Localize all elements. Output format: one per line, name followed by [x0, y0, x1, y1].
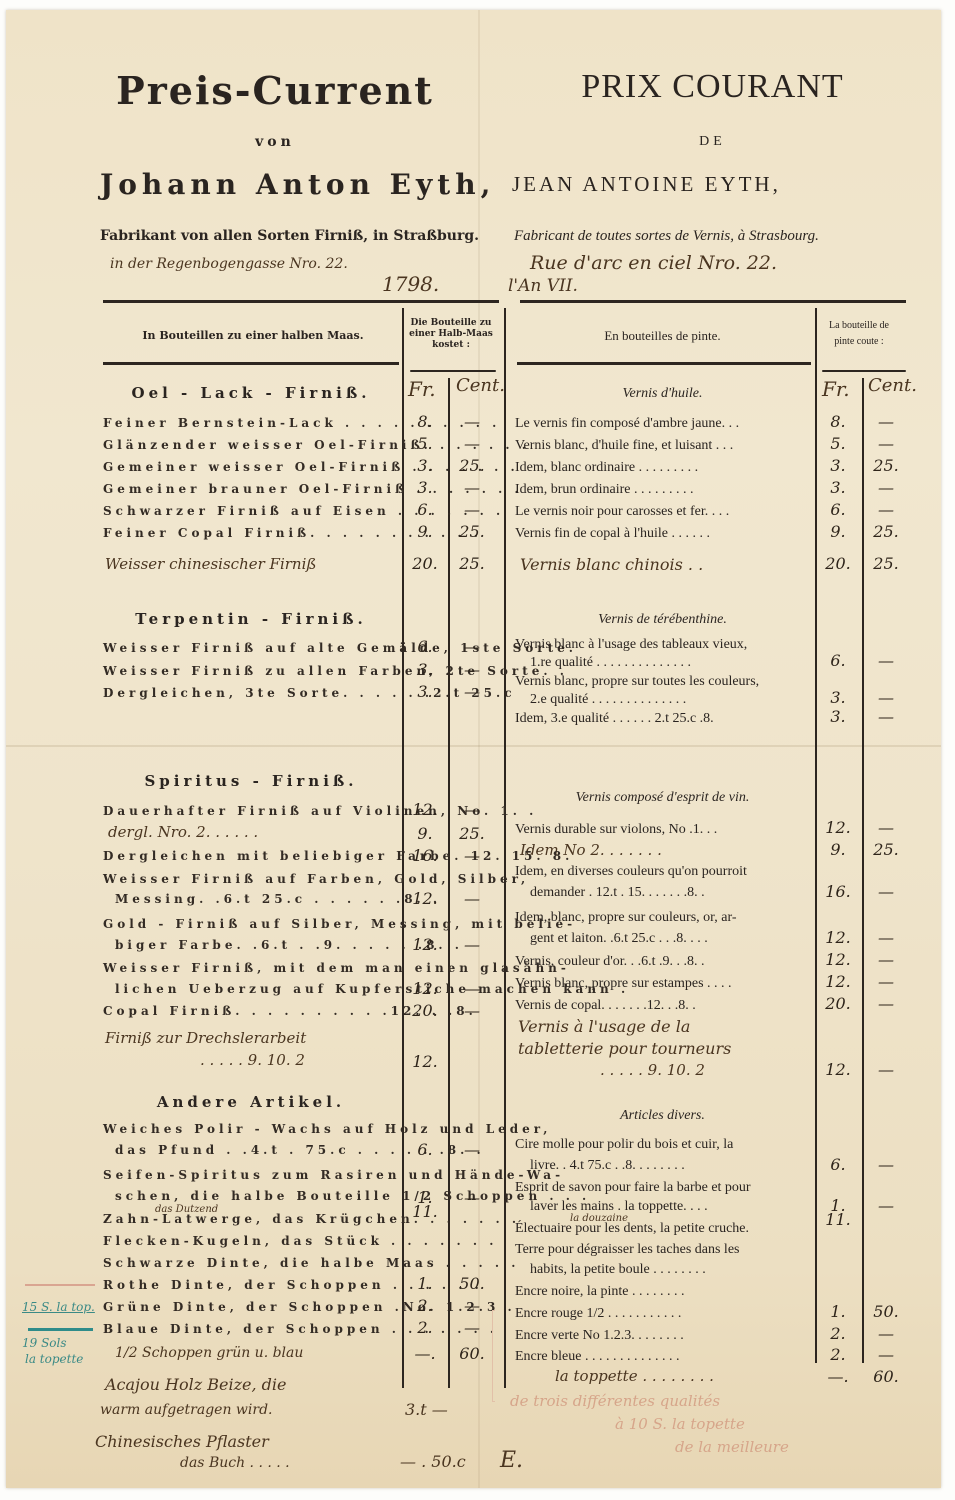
- price-cent: —: [866, 1060, 906, 1079]
- section-title-andere-artikel: Andere Artikel.: [103, 1093, 399, 1111]
- item-fr: Le vernis noir pour carosses et fer. . .…: [515, 503, 729, 520]
- handwritten-address-french: Rue d'arc en ciel Nro. 22.: [530, 252, 777, 274]
- price-fr: 9.: [818, 522, 858, 541]
- price-cent: 25.: [452, 824, 492, 843]
- item-fr-cont: tabletterie pour tourneurs: [518, 1040, 731, 1057]
- price-header-french: La bouteille de pinte coute :: [818, 318, 900, 350]
- price-cent: —: [452, 1140, 492, 1159]
- item-fr: Vernis blanc, propre sur estampes . . . …: [515, 975, 732, 992]
- green-margin-stroke: [28, 1328, 93, 1331]
- price-fr: 6.: [818, 500, 858, 519]
- price-cent: —: [452, 889, 492, 908]
- item-de: Weisser Firniß auf Farben, Gold, Silber,: [103, 871, 529, 888]
- price-cent: —: [452, 637, 492, 656]
- fold-line: [6, 745, 941, 747]
- item-fr: Encre noire, la pinte . . . . . . . .: [515, 1283, 685, 1300]
- price-fr: 12.: [405, 979, 445, 998]
- price-cent: —: [452, 500, 492, 519]
- footer-note-price: — . 50.c: [400, 1452, 466, 1471]
- item-de: Dergleichen mit beliebiger Farbe. 12. 15…: [103, 848, 573, 865]
- price-fr: 12.: [818, 1060, 858, 1079]
- price-fr: 2.: [818, 1345, 858, 1364]
- item-fr: Vernis blanc chinois . .: [520, 556, 703, 573]
- price-cent: 25.: [452, 522, 492, 541]
- price-cent: 25.: [866, 522, 906, 541]
- price-fr: 12.: [405, 889, 445, 908]
- price-fr: 20.: [818, 994, 858, 1013]
- title-french: PRIX COURANT: [540, 68, 885, 106]
- section-title-vernis-terebenthine: Vernis de térébenthine.: [515, 612, 810, 628]
- price-fr: 3.: [405, 682, 445, 701]
- price-fr: 2.: [818, 1324, 858, 1343]
- de-label: DE: [540, 134, 885, 150]
- price-cent: 50.: [866, 1302, 906, 1321]
- merchant-name-german: Johann Anton Eyth,: [100, 168, 500, 201]
- price-fr: 5.: [405, 434, 445, 453]
- price-cent: —: [452, 935, 492, 954]
- price-fr: 20.: [818, 554, 858, 573]
- price-fr: 1.: [405, 1274, 445, 1293]
- red-margin-stroke: [25, 1284, 95, 1286]
- price-cent: —: [452, 478, 492, 497]
- footer-note-line4: das Buch . . . . .: [180, 1455, 290, 1471]
- item-de: dergl. Nro. 2. . . . . .: [108, 824, 258, 841]
- price-cent: —: [866, 651, 906, 670]
- price-cent: —: [866, 882, 906, 901]
- price-fr: 12.: [818, 928, 858, 947]
- price-cent: —: [866, 500, 906, 519]
- item-fr: Vernis durable sur violons, No .1. . .: [515, 821, 717, 838]
- section-title-oel: Oel - Lack - Firniß.: [103, 384, 399, 402]
- item-fr: Terre pour dégraisser les taches dans le…: [515, 1241, 740, 1258]
- initials-signature: E.: [500, 1448, 523, 1473]
- price-cent: 50.: [452, 1274, 492, 1293]
- item-fr-cont: demander . 12.t . 15. . . . . . .8. .: [530, 884, 705, 901]
- item-fr: Vernis à l'usage de la: [518, 1018, 690, 1035]
- price-fr: 3.: [818, 456, 858, 475]
- price-fr: 6.: [405, 500, 445, 519]
- price-header-german: Die Bouteille zu einer Halb-Maas kostet …: [405, 318, 497, 351]
- item-fr: Vernis fin de copal à l'huile . . . . . …: [515, 525, 710, 542]
- price-cent: —: [452, 1001, 492, 1020]
- price-cent: —: [866, 950, 906, 969]
- title-german: Preis-Current: [100, 68, 450, 113]
- red-note: de trois différentes qualités: [510, 1392, 720, 1410]
- unit-header-german: In Bouteillen zu einer halben Maas.: [103, 330, 403, 341]
- item-fr: Électuaire pour les dents, la petite cru…: [515, 1220, 749, 1237]
- price-cent: —: [452, 1318, 492, 1337]
- price-fr: 6.: [405, 637, 445, 656]
- price-fr: 16.: [818, 882, 858, 901]
- price-fr: 5.: [818, 434, 858, 453]
- price-fr: —.: [405, 1344, 445, 1363]
- item-de: Flecken-Kugeln, das Stück . . . . . . .: [103, 1233, 497, 1250]
- section-title-spiritus: Spiritus - Firniß.: [103, 772, 399, 790]
- green-margin-note: 19 Sols: [22, 1336, 67, 1350]
- item-fr-cont: . . . . . 9. 10. 2: [600, 1062, 705, 1079]
- item-fr-cont: 2.e qualité . . . . . . . . . . . . . .: [530, 691, 686, 708]
- item-fr: Encre rouge 1/2 . . . . . . . . . . .: [515, 1305, 681, 1322]
- price-cent: 60.: [452, 1344, 492, 1363]
- item-de: Weisser Firniß zu allen Farben, 2te Sort…: [103, 663, 568, 680]
- price-fr: 3.: [818, 688, 858, 707]
- price-cent: 25.: [866, 456, 906, 475]
- item-fr: Idem, brun ordinaire . . . . . . . . .: [515, 481, 693, 498]
- price-cent: —: [866, 928, 906, 947]
- price-cent: —: [452, 800, 492, 819]
- price-cent: —: [866, 1196, 906, 1215]
- price-cent: —: [866, 707, 906, 726]
- price-fr: 16.: [405, 846, 445, 865]
- price-fr: 12.: [818, 950, 858, 969]
- price-cent: —: [866, 994, 906, 1013]
- item-fr: la toppette . . . . . . . .: [555, 1368, 714, 1385]
- item-de: Weisser Firniß, mit dem man einen glasäh…: [103, 960, 570, 977]
- price-fr: 12.: [405, 1052, 445, 1071]
- price-cent: —: [866, 1345, 906, 1364]
- footer-note-line1: Acajou Holz Beize, die: [105, 1375, 287, 1394]
- price-cent: —: [452, 1188, 492, 1207]
- brace: [410, 370, 496, 372]
- section-title-vernis-huile: Vernis d'huile.: [515, 386, 810, 402]
- section-title-esprit-de-vin: Vernis composé d'esprit de vin.: [515, 790, 810, 806]
- price-fr: 3.: [405, 478, 445, 497]
- price-cent: —: [866, 478, 906, 497]
- top-rule: [103, 300, 499, 303]
- price-fr: 11.: [818, 1210, 858, 1229]
- price-cent: 25.: [452, 554, 492, 573]
- item-de: Weisser Firniß auf alte Gemälde, 1ste So…: [103, 640, 577, 657]
- item-de-cont: . . . . . 9. 10. 2: [200, 1052, 305, 1069]
- price-fr: 2.: [405, 1318, 445, 1337]
- price-fr: 6.: [818, 651, 858, 670]
- price-fr: 20.: [405, 1001, 445, 1020]
- cent-column-header: Cent.: [456, 375, 505, 396]
- price-cent: —: [866, 434, 906, 453]
- price-fr: 9.: [818, 840, 858, 859]
- item-fr: Idem, blanc ordinaire . . . . . . . . .: [515, 459, 698, 476]
- price-fr: —.: [818, 1367, 858, 1386]
- price-fr: 3.: [818, 478, 858, 497]
- item-fr: Vernis de copal. . . . . . .12. . .8. .: [515, 997, 696, 1014]
- footer-note-line3: Chinesisches Pflaster: [95, 1432, 269, 1451]
- von-label: von: [100, 134, 450, 150]
- item-fr: Le vernis fin composé d'ambre jaune. . .: [515, 415, 739, 432]
- subtitle-german: Fabrikant von allen Sorten Firniß, in St…: [100, 228, 500, 244]
- price-cent: —: [866, 412, 906, 431]
- item-de: Zahn-Latwerge, das Krügchen. . . . . . .: [103, 1211, 520, 1228]
- price-fr: 12.: [405, 935, 445, 954]
- unit-header-french: En bouteilles de pinte.: [515, 330, 810, 341]
- price-cent: —: [866, 1324, 906, 1343]
- price-cent: —: [866, 818, 906, 837]
- green-margin-note: 15 S. la top.: [22, 1300, 95, 1314]
- price-fr: 12.: [818, 818, 858, 837]
- item-fr: Vernis blanc, d'huile fine, et luisant .…: [515, 437, 733, 454]
- column-divider: [815, 308, 817, 1363]
- item-de: 1/2 Schoppen grün u. blau: [115, 1345, 303, 1362]
- price-cent: 25.: [866, 554, 906, 573]
- item-fr: Vernis blanc, propre sur toutes les coul…: [515, 673, 759, 690]
- handwritten-year: 1798.: [382, 272, 439, 296]
- price-fr: 20.: [405, 554, 445, 573]
- price-fr: 3.: [405, 660, 445, 679]
- handwritten-address-german: in der Regenbogengasse Nro. 22.: [110, 256, 348, 272]
- item-de: Weisser chinesischer Firniß: [105, 556, 316, 573]
- section-title-terpentin: Terpentin - Firniß.: [103, 610, 399, 628]
- price-fr: 3.: [405, 456, 445, 475]
- red-note: de la meilleure: [675, 1438, 789, 1456]
- price-cent: 25.: [866, 840, 906, 859]
- section-title-articles-divers: Articles divers.: [515, 1108, 810, 1124]
- fr-column-header: Fr.: [408, 377, 436, 401]
- merchant-name-french: JEAN ANTOINE EYTH,: [512, 172, 912, 197]
- price-fr: 2.: [405, 1296, 445, 1315]
- price-cent: —: [452, 660, 492, 679]
- item-fr: Cire molle pour polir du bois et cuir, l…: [515, 1136, 733, 1153]
- column-divider: [862, 378, 864, 1363]
- price-cent: —: [452, 434, 492, 453]
- item-fr-cont: habits, la petite boule . . . . . . . .: [530, 1261, 706, 1278]
- item-de: Seifen-Spiritus zum Rasiren und Hände-Wa…: [103, 1167, 564, 1184]
- item-de-cont: Messing. .6.t 25.c . . . . . .8. .: [115, 891, 441, 908]
- price-fr: 6.: [818, 1155, 858, 1174]
- item-fr: Idem, 3.e qualité . . . . . . 2.t 25.c .…: [515, 710, 714, 727]
- price-cent: 60.: [866, 1367, 906, 1386]
- header-rule: [103, 362, 399, 365]
- top-rule: [520, 300, 906, 303]
- price-fr: 9.: [405, 824, 445, 843]
- item-fr: Encre bleue . . . . . . . . . . . . . .: [515, 1348, 679, 1365]
- brace: [822, 370, 906, 372]
- price-fr: 9.: [405, 522, 445, 541]
- handwritten-year-republican: l'An VII.: [508, 276, 578, 296]
- price-fr: 6.: [405, 1140, 445, 1159]
- item-de: Schwarze Dinte, die halbe Maas . . . . .: [103, 1255, 519, 1272]
- red-bracket: [492, 1310, 495, 1402]
- item-fr: Esprit de savon pour faire la barbe et p…: [515, 1179, 751, 1196]
- price-fr: 12.: [818, 972, 858, 991]
- price-cent: 25.: [452, 456, 492, 475]
- fr-column-header: Fr.: [822, 377, 850, 401]
- item-fr: Idem, en diverses couleurs qu'on pourroi…: [515, 863, 747, 880]
- price-fr: 8.: [405, 412, 445, 431]
- price-cent: —: [452, 412, 492, 431]
- price-fr: 3.: [818, 707, 858, 726]
- price-cent: —: [866, 688, 906, 707]
- item-de: Firniß zur Drechslerarbeit: [105, 1030, 306, 1047]
- footer-note-price: 3.t —: [405, 1400, 448, 1419]
- price-cent: —: [866, 972, 906, 991]
- subtitle-french: Fabricant de toutes sortes de Vernis, à …: [514, 228, 914, 245]
- price-cent: —: [452, 846, 492, 865]
- header-rule: [517, 362, 811, 365]
- cent-column-header: Cent.: [868, 375, 917, 396]
- price-fr: 1.: [818, 1302, 858, 1321]
- item-de: Gold - Firniß auf Silber, Messing, mit b…: [103, 916, 576, 933]
- green-margin-note: la topette: [25, 1352, 83, 1366]
- price-fr: 12.: [405, 800, 445, 819]
- price-cent: —: [452, 682, 492, 701]
- price-cent: —: [452, 979, 492, 998]
- price-cent: —: [452, 1296, 492, 1315]
- red-note: à 10 S. la topette: [615, 1415, 745, 1433]
- price-cent: —: [866, 1155, 906, 1174]
- item-fr: Encre verte No 1.2.3. . . . . . . .: [515, 1327, 684, 1344]
- price-fr: 8.: [818, 412, 858, 431]
- item-fr: Vernis blanc à l'usage des tableaux vieu…: [515, 636, 747, 653]
- footer-note-line2: warm aufgetragen wird.: [100, 1402, 272, 1418]
- item-de: Weiches Polir - Wachs auf Holz und Leder…: [103, 1121, 551, 1138]
